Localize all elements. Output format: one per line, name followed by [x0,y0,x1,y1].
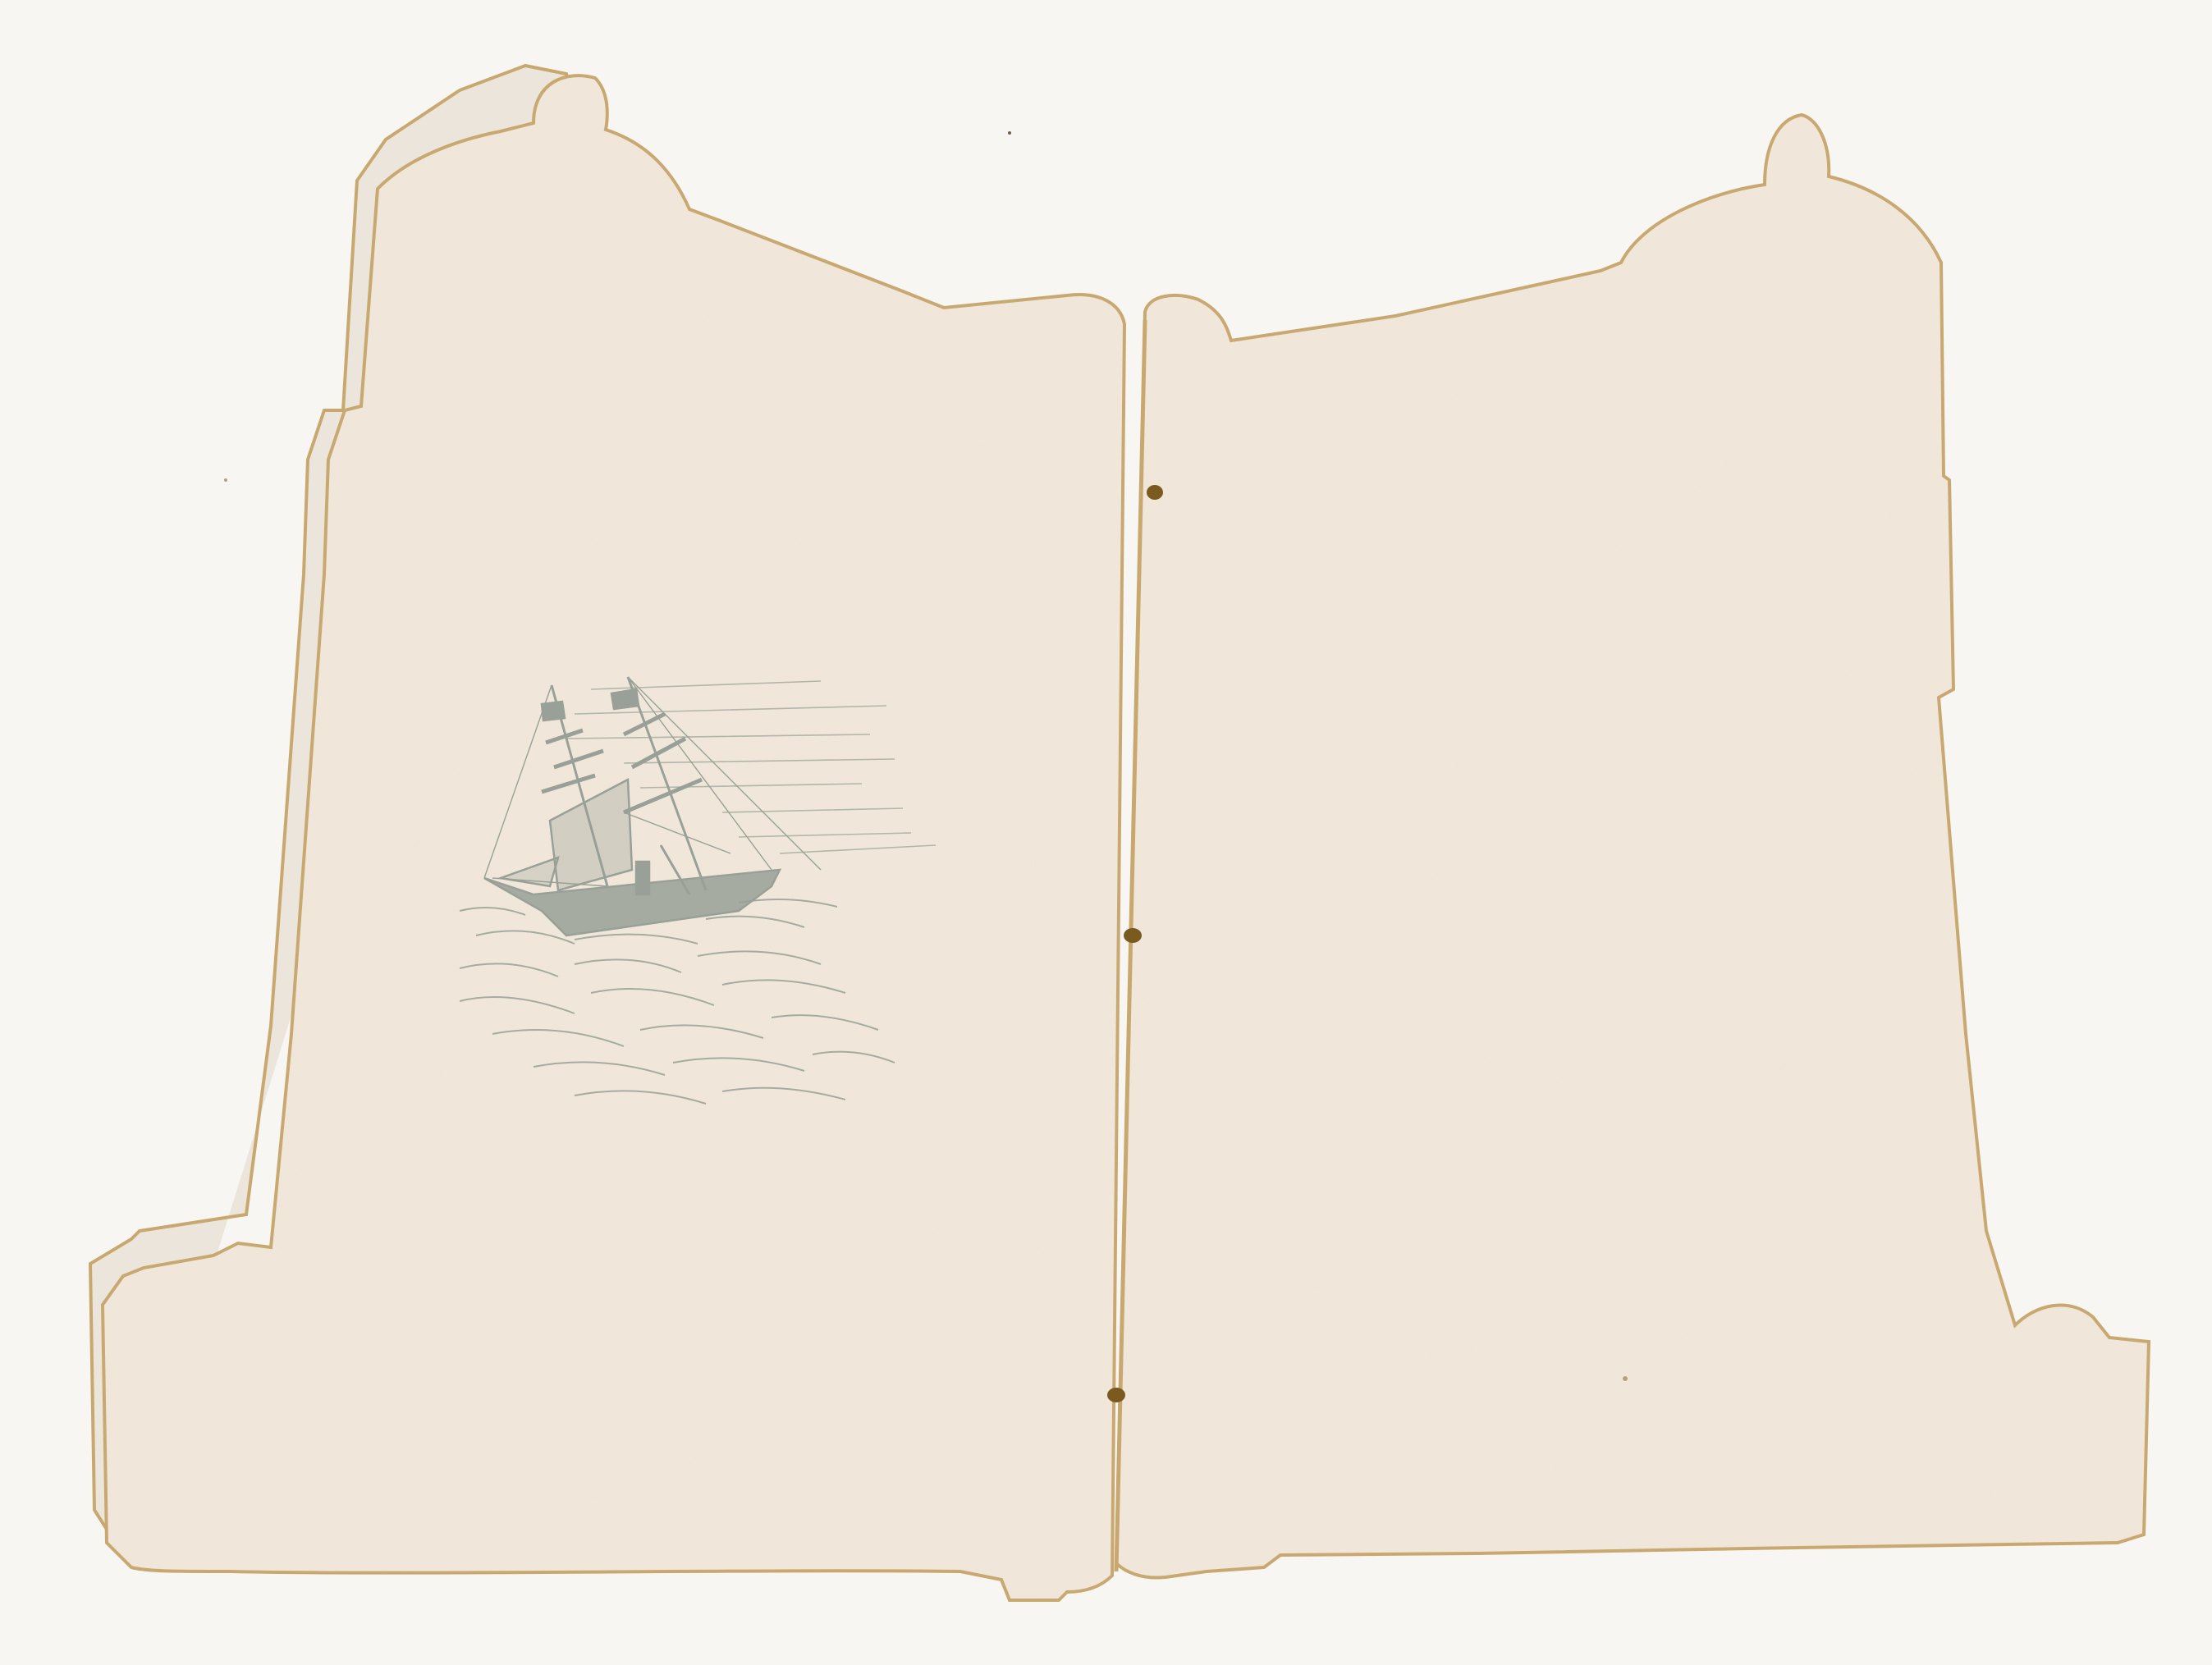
paper-speck [224,478,227,482]
booklet-illustration [0,0,2212,1665]
paper-speck [1008,131,1011,135]
booklet-scene [0,0,2212,1665]
right-page [1116,115,2149,1578]
paper-speck [1623,1376,1628,1381]
